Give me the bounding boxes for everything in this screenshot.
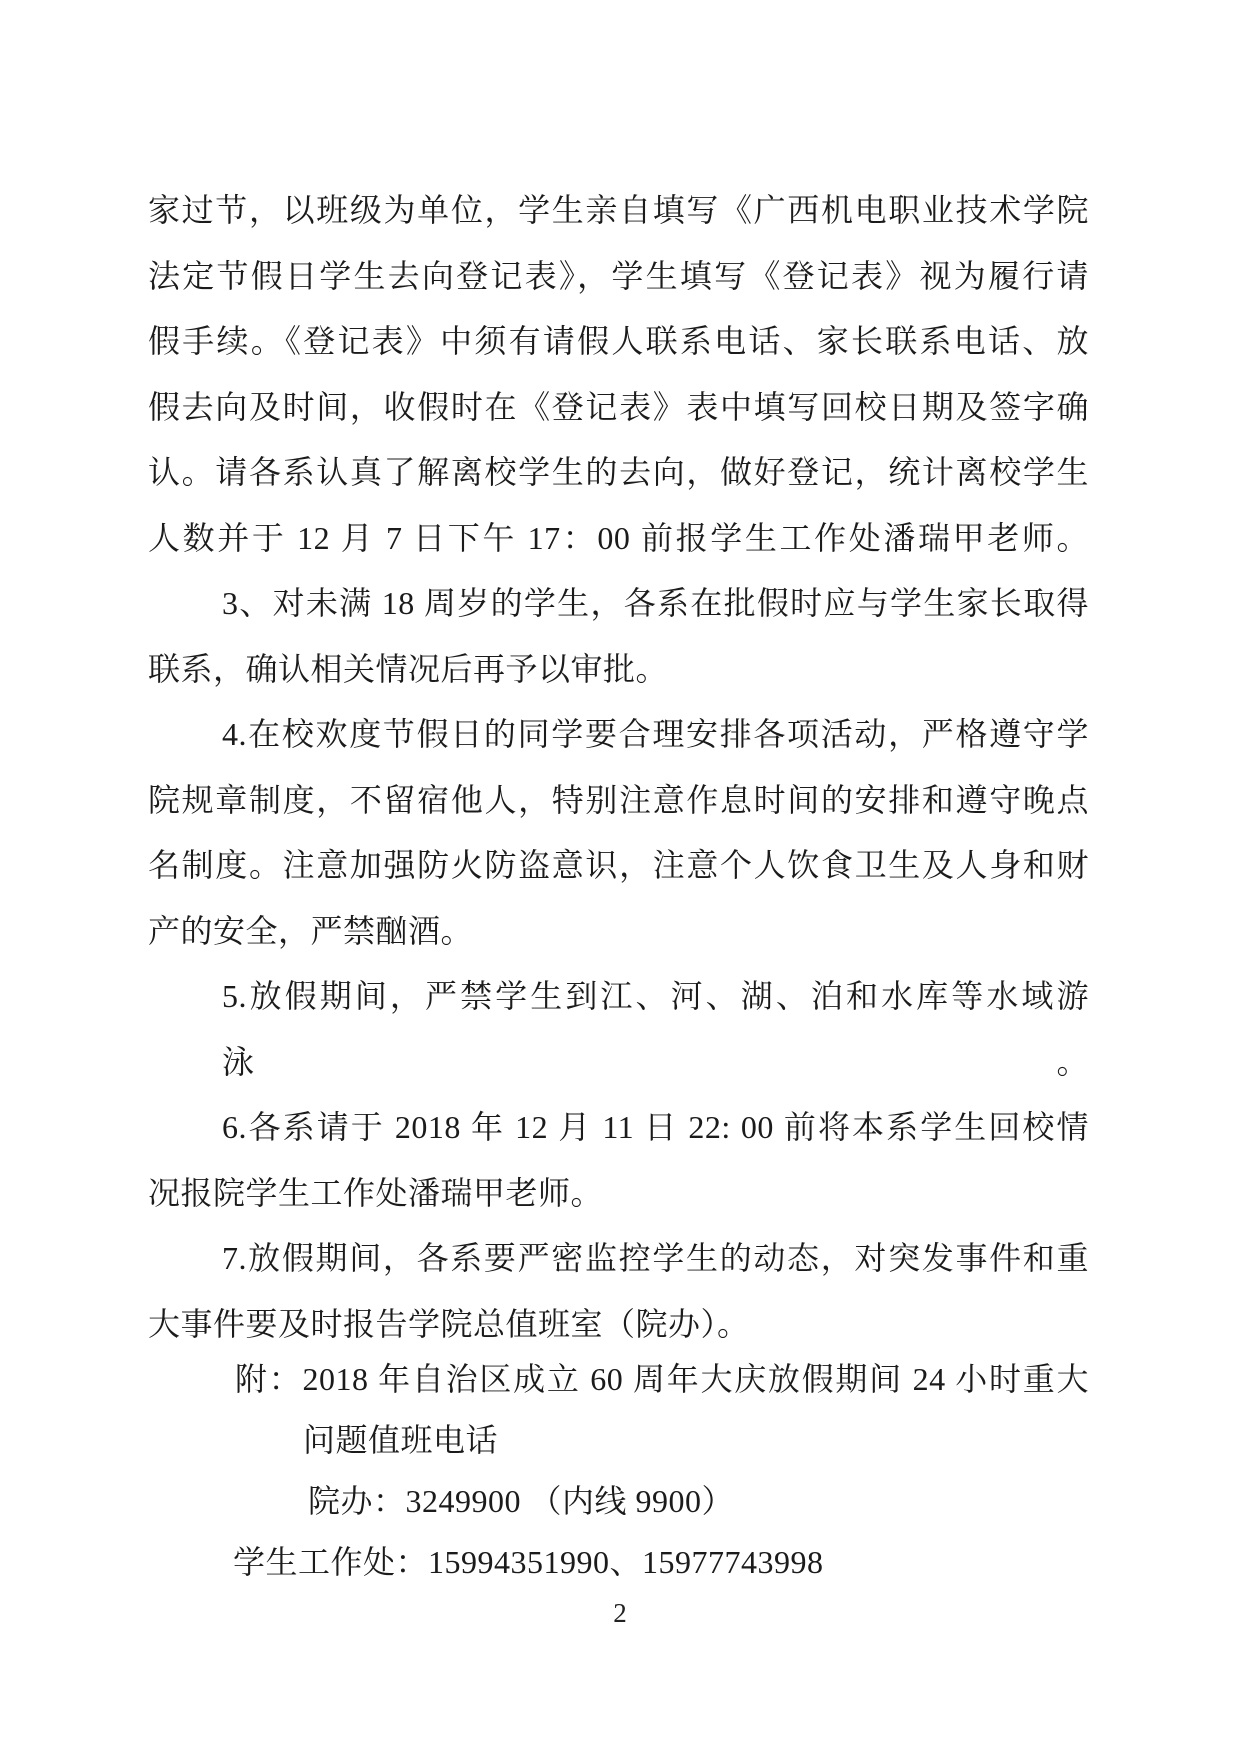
document-line: 家过节，以班级为单位，学生亲自填写《广西机电职业技术学院 <box>148 178 1089 244</box>
document-line: 3、对未满 18 周岁的学生，各系在批假时应与学生家长取得 <box>148 571 1089 637</box>
document-line: 认。请各系认真了解离校学生的去向，做好登记，统计离校学生 <box>148 440 1089 506</box>
document-line: 假去向及时间，收假时在《登记表》表中填写回校日期及签字确 <box>148 375 1089 441</box>
document-line: 况报院学生工作处潘瑞甲老师。 <box>148 1161 1089 1227</box>
document-line: 院办：3249900 （内线 9900） <box>148 1471 1089 1532</box>
document-line: 6.各系请于 2018 年 12 月 11 日 22: 00 前将本系学生回校情 <box>148 1095 1089 1161</box>
document-page: 家过节，以班级为单位，学生亲自填写《广西机电职业技术学院法定节假日学生去向登记表… <box>0 0 1240 1753</box>
document-line: 4.在校欢度节假日的同学要合理安排各项活动，严格遵守学 <box>148 702 1089 768</box>
page-number: 2 <box>0 1596 1240 1630</box>
document-line: 联系，确认相关情况后再予以审批。 <box>148 637 1089 703</box>
attachment-section: 附：2018 年自治区成立 60 周年大庆放假期间 24 小时重大问题值班电话院… <box>148 1349 1089 1593</box>
document-line: 问题值班电话 <box>148 1410 1089 1471</box>
document-line: 7.放假期间，各系要严密监控学生的动态，对突发事件和重 <box>148 1226 1089 1292</box>
document-line: 5.放假期间，严禁学生到江、河、湖、泊和水库等水域游泳。 <box>148 964 1089 1095</box>
document-line: 学生工作处：15994351990、15977743998 <box>148 1532 1089 1593</box>
document-line: 名制度。注意加强防火防盗意识，注意个人饮食卫生及人身和财 <box>148 833 1089 899</box>
document-line: 人数并于 12 月 7 日下午 17：00 前报学生工作处潘瑞甲老师。 <box>148 506 1089 572</box>
document-line: 院规章制度，不留宿他人，特别注意作息时间的安排和遵守晚点 <box>148 768 1089 834</box>
document-line: 假手续。《登记表》中须有请假人联系电话、家长联系电话、放 <box>148 309 1089 375</box>
document-line: 产的安全，严禁酗酒。 <box>148 899 1089 965</box>
document-line: 附：2018 年自治区成立 60 周年大庆放假期间 24 小时重大 <box>148 1349 1089 1410</box>
document-body: 家过节，以班级为单位，学生亲自填写《广西机电职业技术学院法定节假日学生去向登记表… <box>148 178 1089 1357</box>
document-line: 大事件要及时报告学院总值班室（院办）。 <box>148 1292 1089 1358</box>
document-line: 法定节假日学生去向登记表》，学生填写《登记表》视为履行请 <box>148 244 1089 310</box>
